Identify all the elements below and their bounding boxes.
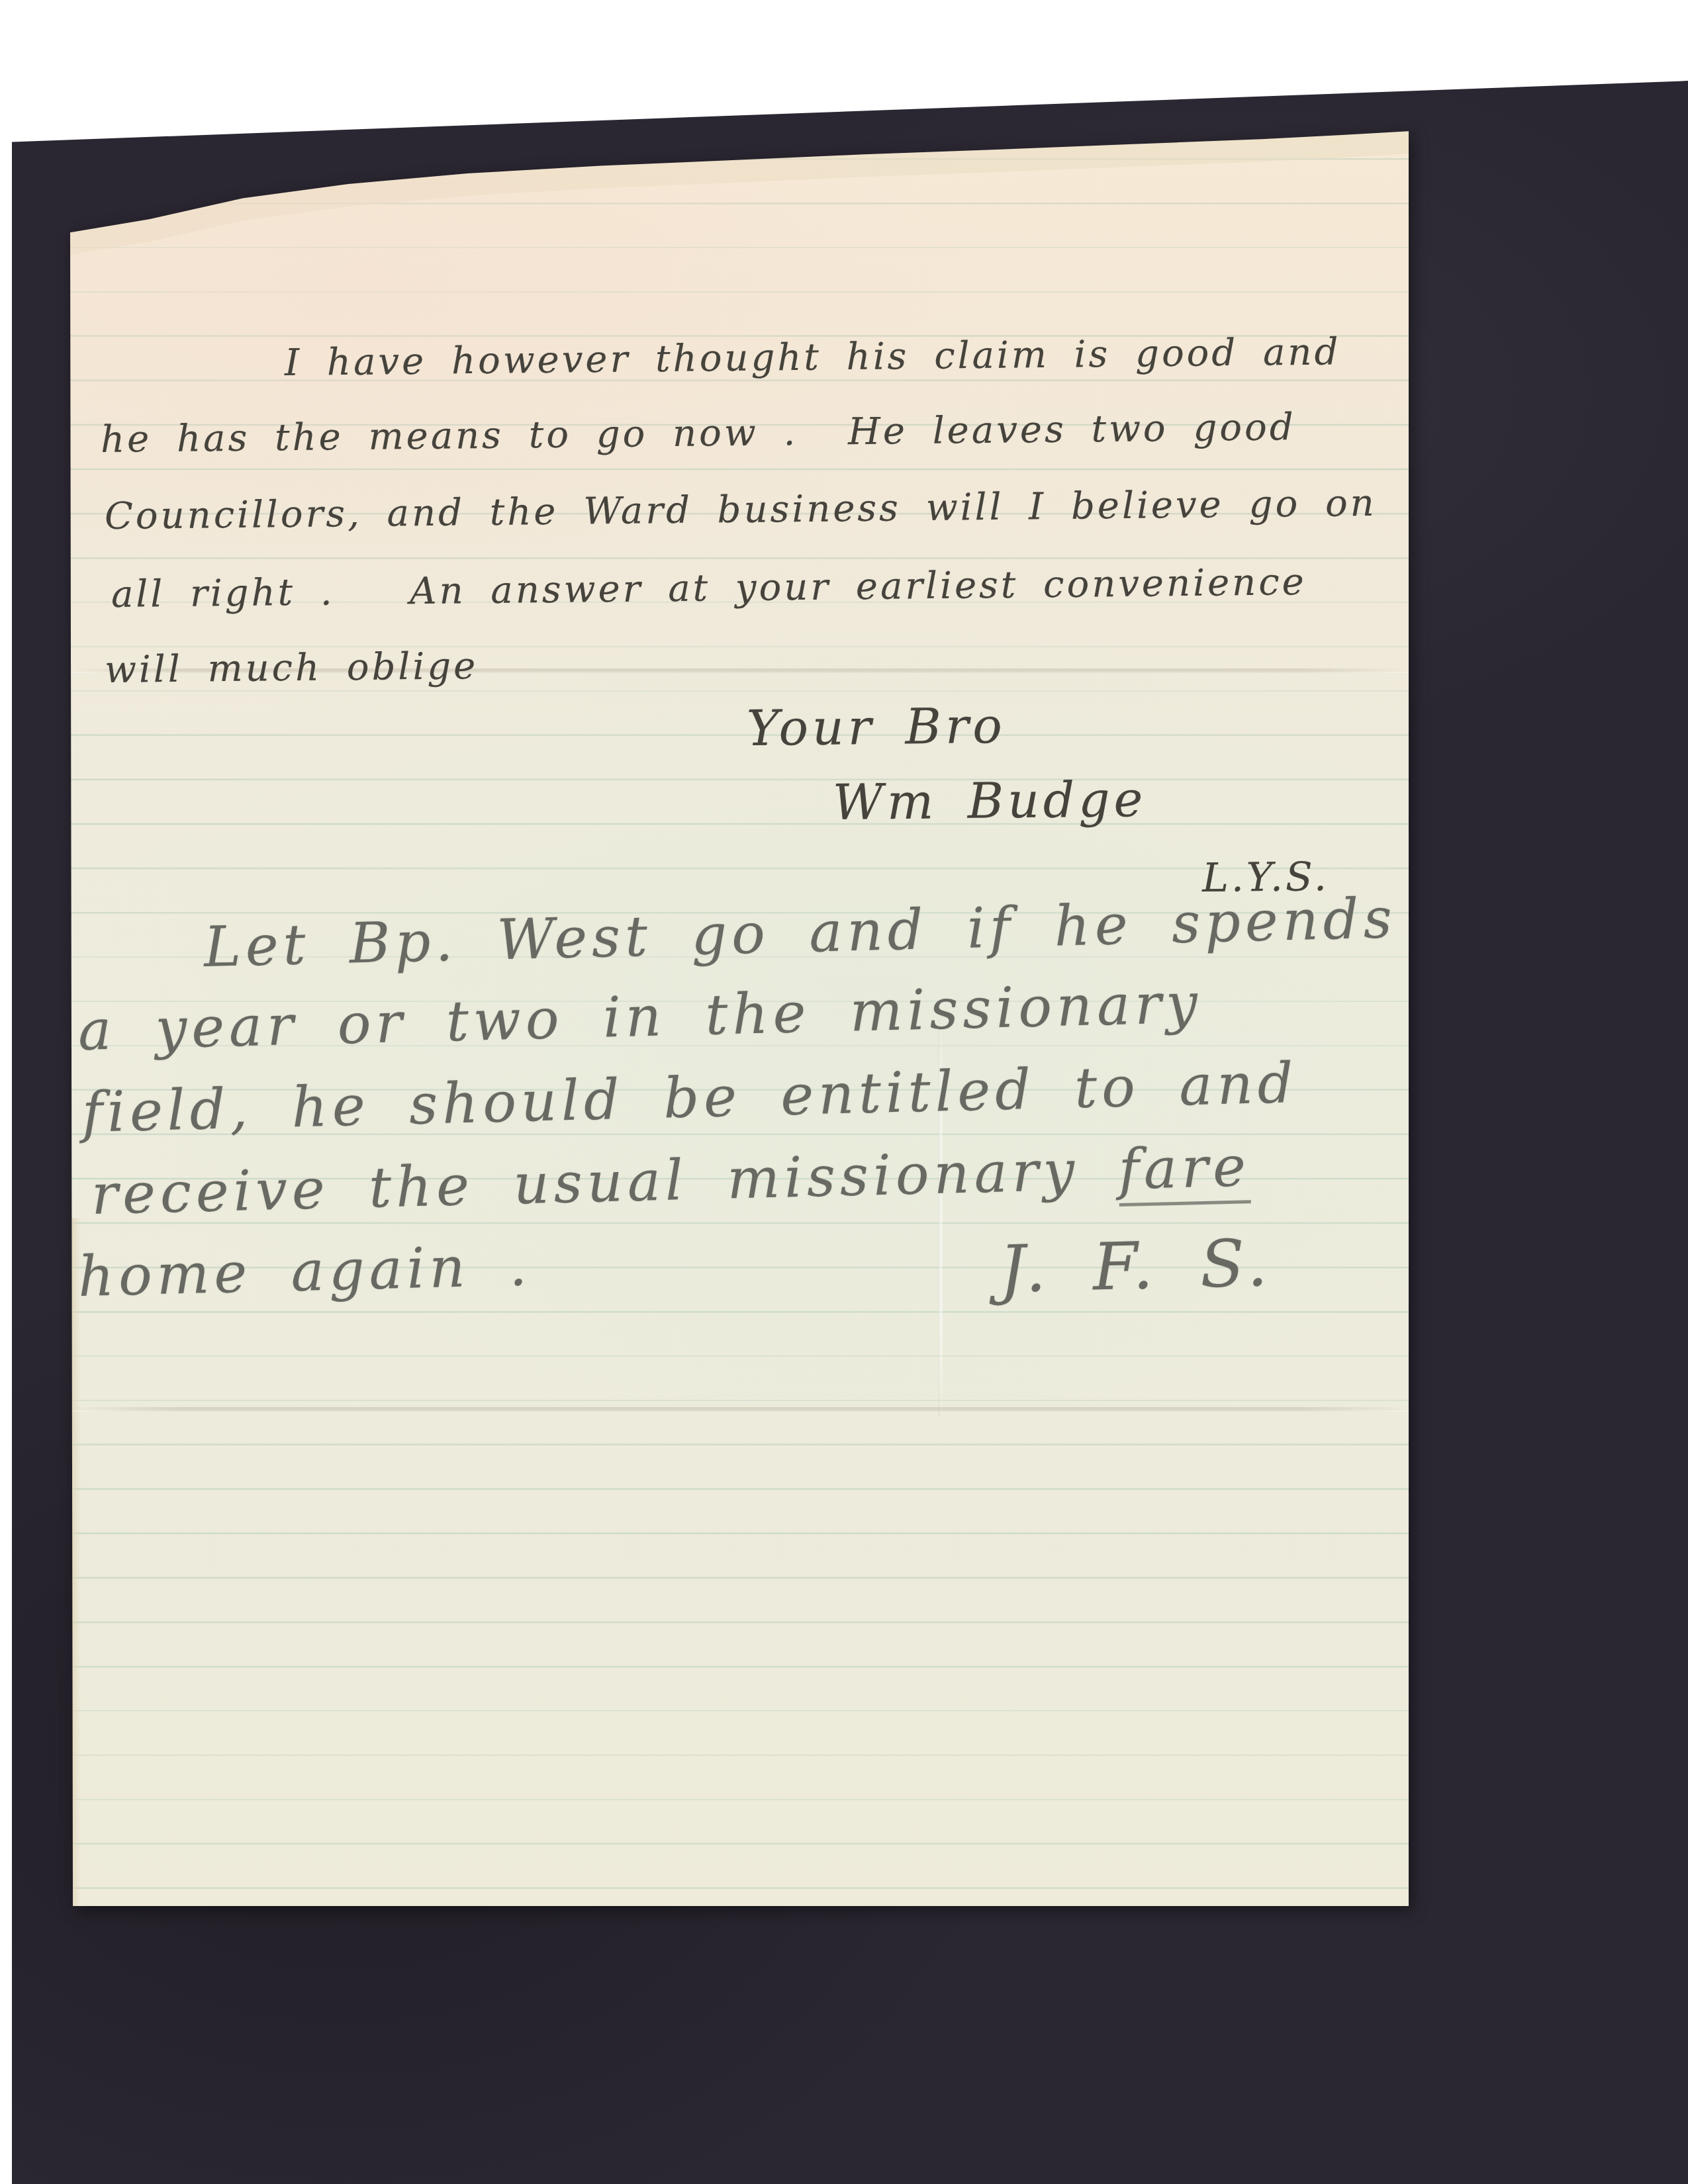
pencil-initials: J. F. S. xyxy=(999,1226,1273,1308)
underlined-word: fare xyxy=(1118,1134,1252,1206)
torn-left-edge xyxy=(70,1218,81,1906)
closing-line: Your Bro xyxy=(747,698,1007,757)
fold-crease-lower xyxy=(70,1407,1409,1412)
pencil-line-5: home again . xyxy=(77,1233,532,1309)
scanned-letter-page: { "scan": { "frame_color": "#ffffff", "m… xyxy=(0,0,1688,2184)
ink-line-5: will much oblige xyxy=(105,645,479,692)
signature-line: Wm Budge xyxy=(833,771,1147,831)
